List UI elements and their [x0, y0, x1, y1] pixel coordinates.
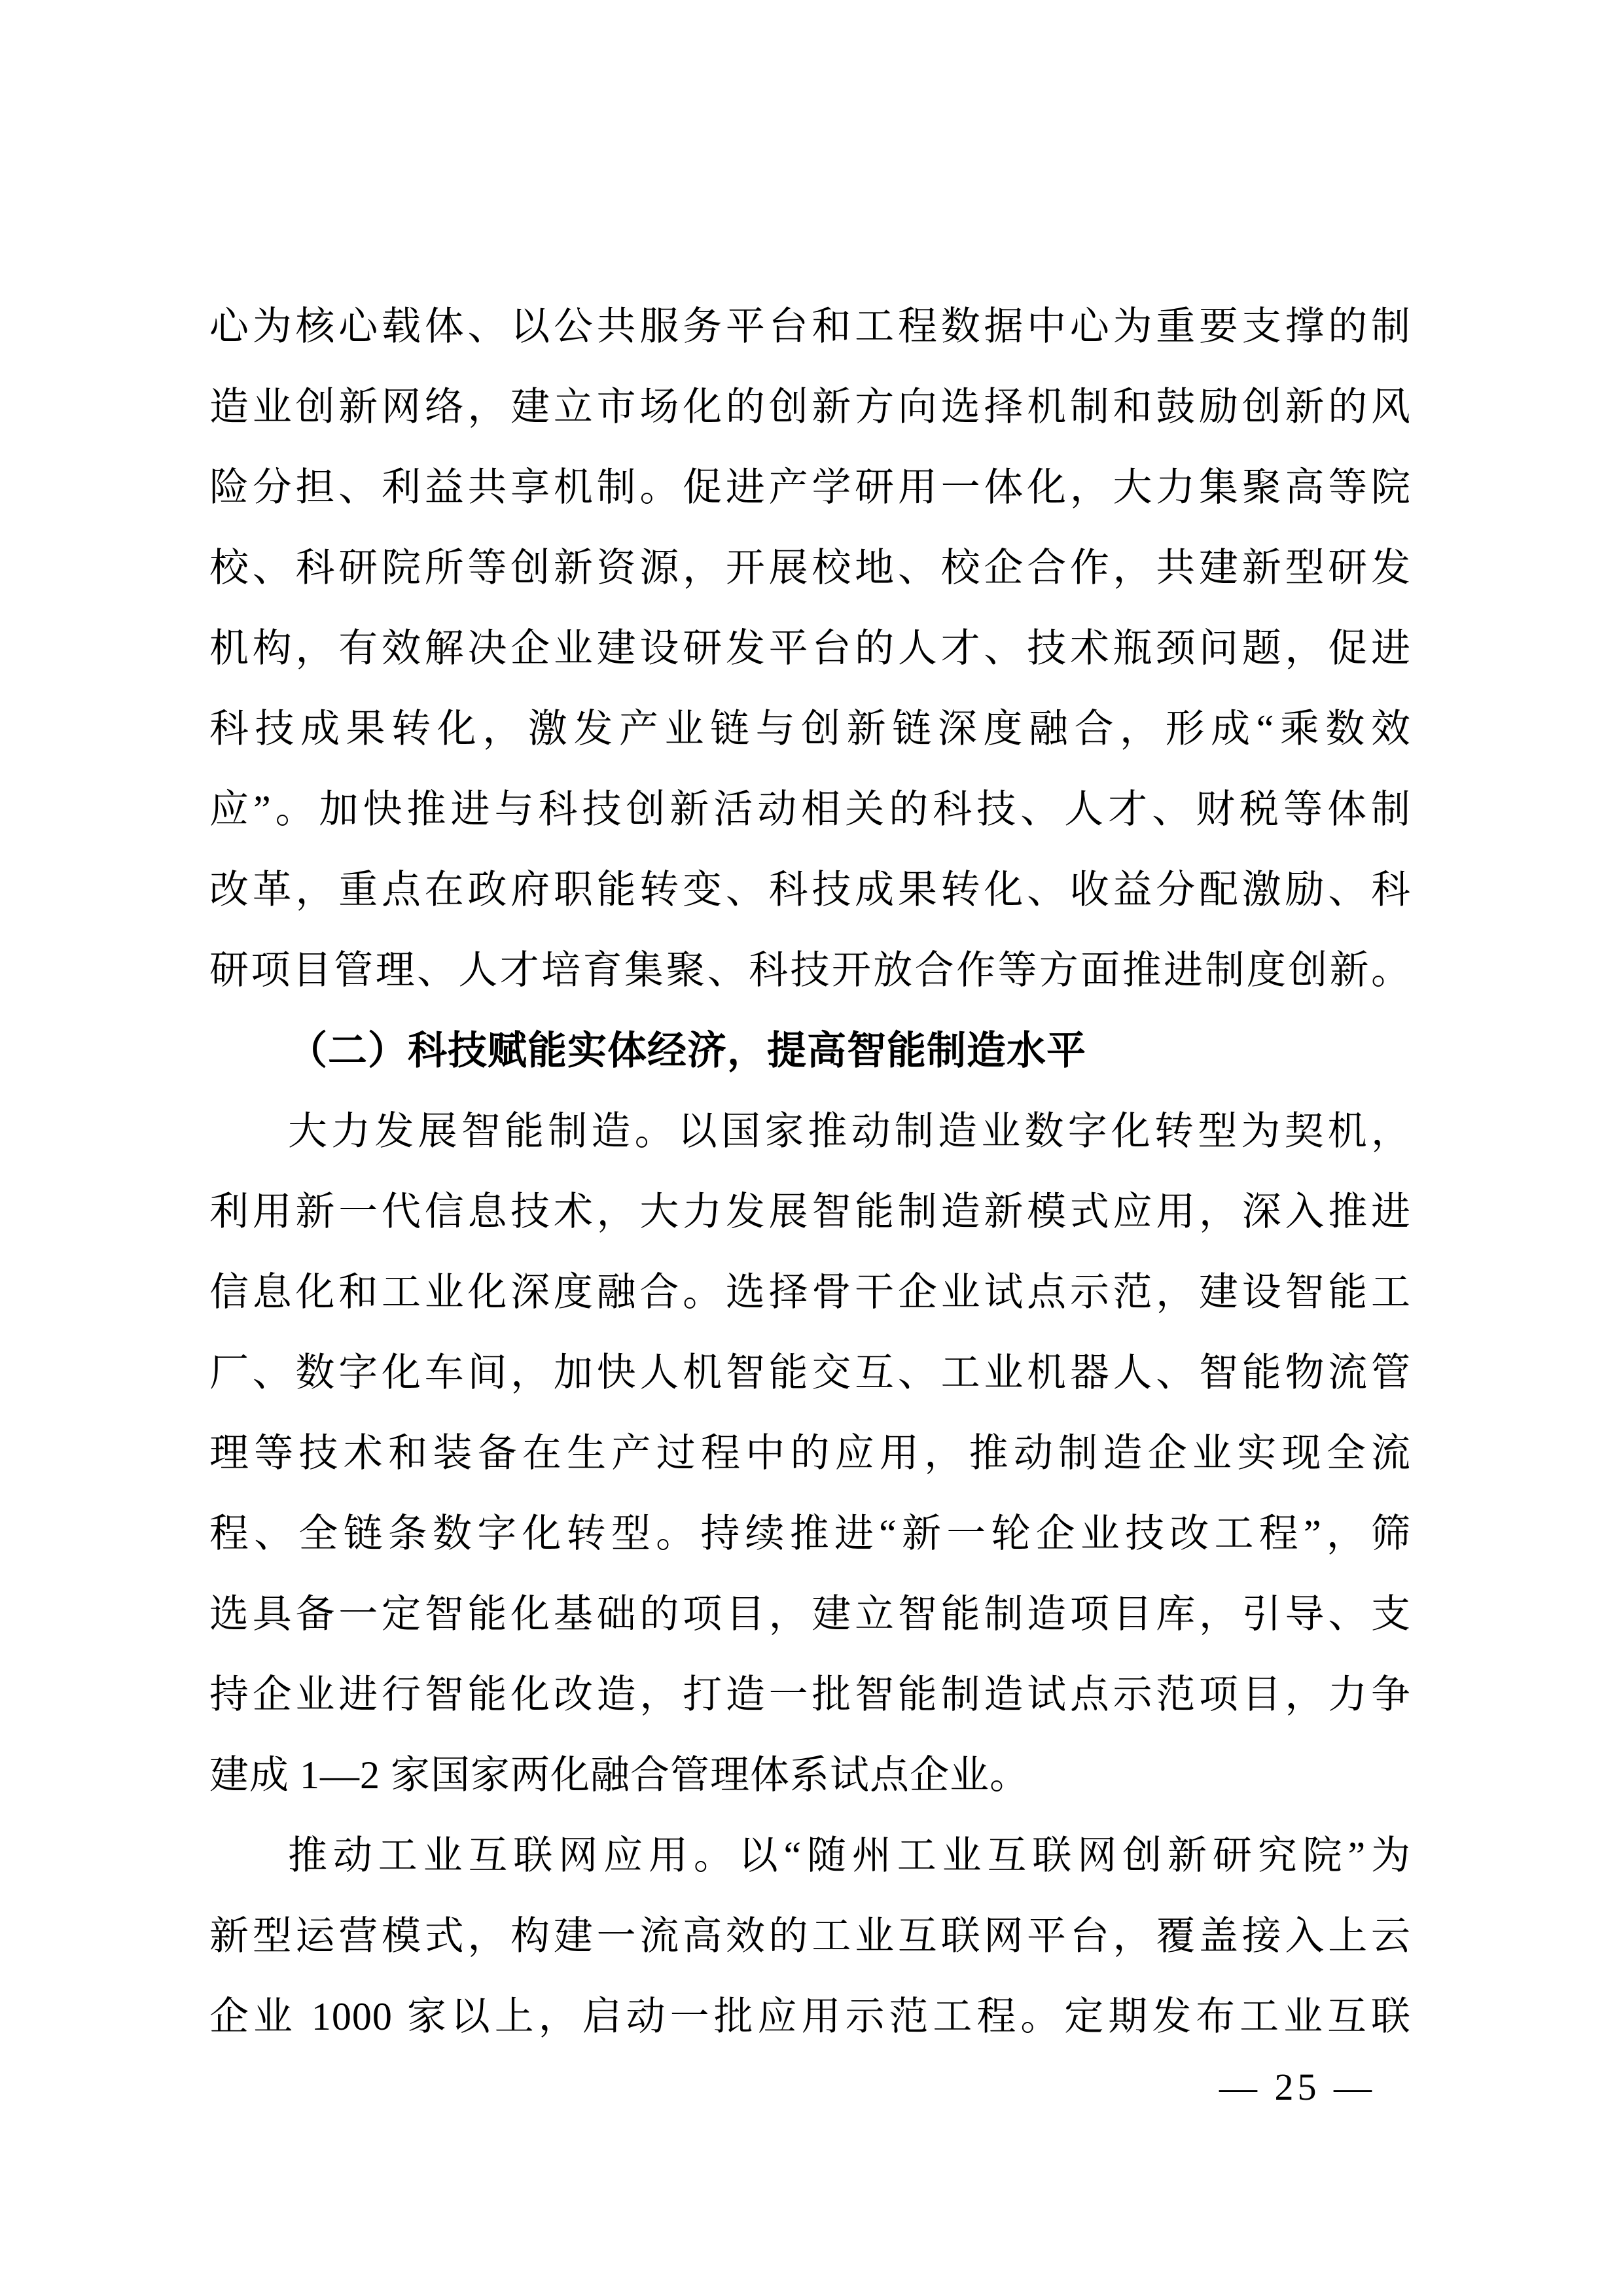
text-line: 厂、数字化车间，加快人机智能交互、工业机器人、智能物流管 [209, 1333, 1411, 1413]
section-heading: （二）科技赋能实体经济，提高智能制造水平 [209, 1011, 1411, 1091]
text-line: 心为核心载体、以公共服务平台和工程数据中心为重要支撑的制 [209, 287, 1411, 367]
text-line: 信息化和工业化深度融合。选择骨干企业试点示范，建设智能工 [209, 1252, 1411, 1333]
text-line: 大力发展智能制造。以国家推动制造业数字化转型为契机， [209, 1091, 1411, 1172]
text-line: 建成 1—2 家国家两化融合管理体系试点企业。 [209, 1735, 1411, 1816]
text-line: 利用新一代信息技术，大力发展智能制造新模式应用，深入推进 [209, 1172, 1411, 1252]
text-line: 企业 1000 家以上，启动一批应用示范工程。定期发布工业互联 [209, 1977, 1411, 2057]
text-line: 新型运营模式，构建一流高效的工业互联网平台，覆盖接入上云 [209, 1896, 1411, 1977]
text-line: 推动工业互联网应用。以“随州工业互联网创新研究院”为 [209, 1816, 1411, 1896]
text-line: 校、科研院所等创新资源，开展校地、校企合作，共建新型研发 [209, 528, 1411, 609]
text-line: 应”。加快推进与科技创新活动相关的科技、人才、财税等体制 [209, 769, 1411, 850]
text-line: 持企业进行智能化改造，打造一批智能制造试点示范项目，力争 [209, 1655, 1411, 1735]
text-line: 险分担、利益共享机制。促进产学研用一体化，大力集聚高等院 [209, 448, 1411, 528]
text-line: 研项目管理、人才培育集聚、科技开放合作等方面推进制度创新。 [209, 930, 1411, 1011]
document-page: 心为核心载体、以公共服务平台和工程数据中心为重要支撑的制造业创新网络，建立市场化… [0, 0, 1623, 2296]
text-line: 选具备一定智能化基础的项目，建立智能制造项目库，引导、支 [209, 1574, 1411, 1655]
text-line: 机构，有效解决企业建设研发平台的人才、技术瓶颈问题，促进 [209, 609, 1411, 689]
text-line: 科技成果转化，激发产业链与创新链深度融合，形成“乘数效 [209, 689, 1411, 769]
text-line: 程、全链条数字化转型。持续推进“新一轮企业技改工程”，筛 [209, 1494, 1411, 1574]
document-body: 心为核心载体、以公共服务平台和工程数据中心为重要支撑的制造业创新网络，建立市场化… [209, 287, 1411, 2057]
text-line: 理等技术和装备在生产过程中的应用，推动制造企业实现全流 [209, 1413, 1411, 1494]
text-line: 造业创新网络，建立市场化的创新方向选择机制和鼓励创新的风 [209, 367, 1411, 448]
page-number: — 25 — [1219, 2051, 1376, 2123]
text-line: 改革，重点在政府职能转变、科技成果转化、收益分配激励、科 [209, 850, 1411, 930]
